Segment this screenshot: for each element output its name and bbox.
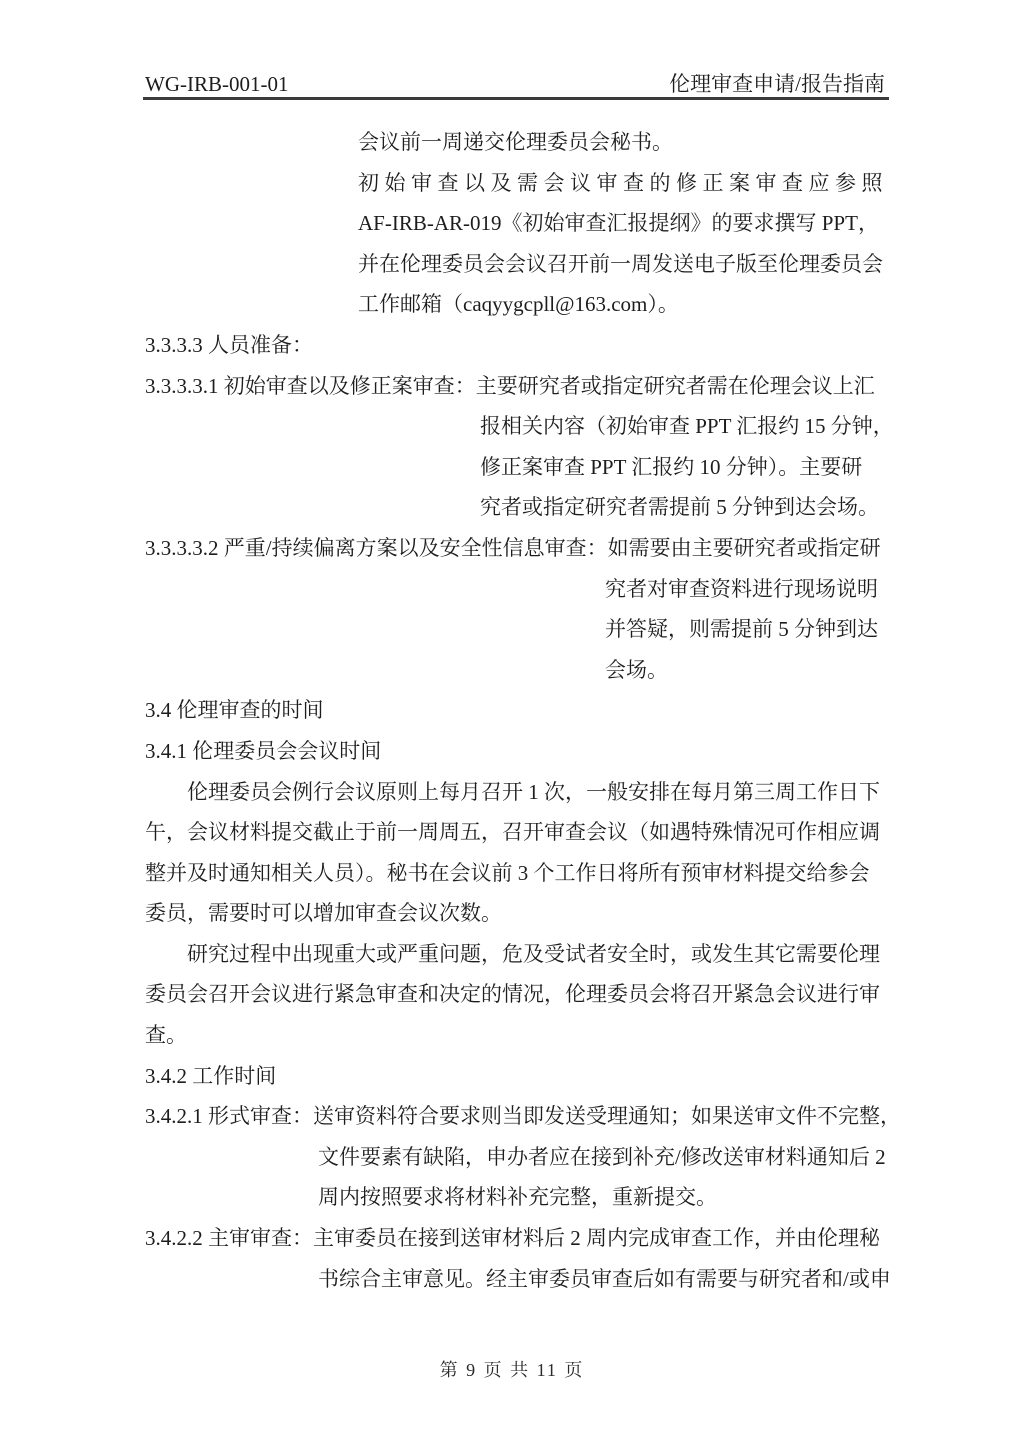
item-33332-line: 究者对审查资料进行现场说明	[605, 569, 887, 610]
item-3421-line: 周内按照要求将材料补充完整，重新提交。	[318, 1177, 887, 1218]
item-33332-line: 3.3.3.3.2 严重/持续偏离方案以及安全性信息审查：如需要由主要研究者或指…	[145, 528, 887, 569]
body-line: 初始审查以及需会议审查的修正案审查应参照	[358, 163, 887, 204]
document-page: WG-IRB-001-01 伦理审查申请/报告指南 会议前一周递交伦理委员会秘书…	[0, 0, 1024, 1448]
section-heading-34: 3.4 伦理审查的时间	[145, 690, 887, 731]
item-3421-line: 3.4.2.1 形式审查：送审资料符合要求则当即发送受理通知；如果送审文件不完整…	[145, 1096, 887, 1137]
doc-code: WG-IRB-001-01	[145, 72, 288, 97]
paragraph-line: 研究过程中出现重大或严重问题，危及受试者安全时，或发生其它需要伦理	[145, 934, 887, 975]
page-header: WG-IRB-001-01 伦理审查申请/报告指南	[145, 68, 885, 98]
section-heading-3333: 3.3.3.3 人员准备：	[145, 325, 887, 366]
item-3422-line: 3.4.2.2 主审审查：主审委员在接到送审材料后 2 周内完成审查工作，并由伦…	[145, 1218, 887, 1259]
paragraph-line: 整并及时通知相关人员）。秘书在会议前 3 个工作日将所有预审材料提交给参会	[145, 853, 887, 894]
paragraph-line: 委员会召开会议进行紧急审查和决定的情况，伦理委员会将召开紧急会议进行审	[145, 974, 887, 1015]
header-rule	[143, 97, 889, 100]
body-line: 会议前一周递交伦理委员会秘书。	[358, 122, 887, 163]
body-line: 工作邮箱（caqyygcpll@163.com）。	[358, 284, 887, 325]
paragraph-line: 午，会议材料提交截止于前一周周五，召开审查会议（如遇特殊情况可作相应调	[145, 812, 887, 853]
item-33331-line: 报相关内容（初始审查 PPT 汇报约 15 分钟，	[480, 406, 887, 447]
page-footer: 第 9 页 共 11 页	[0, 1356, 1024, 1382]
item-33331-line: 修正案审查 PPT 汇报约 10 分钟）。主要研	[480, 447, 887, 488]
item-33331-line: 究者或指定研究者需提前 5 分钟到达会场。	[480, 487, 887, 528]
section-heading-342: 3.4.2 工作时间	[145, 1056, 887, 1097]
paragraph-line: 委员，需要时可以增加审查会议次数。	[145, 893, 887, 934]
section-heading-341: 3.4.1 伦理委员会会议时间	[145, 731, 887, 772]
document-body: 会议前一周递交伦理委员会秘书。 初始审查以及需会议审查的修正案审查应参照 AF-…	[145, 122, 887, 1299]
item-33332-line: 会场。	[605, 650, 887, 691]
paragraph-line: 伦理委员会例行会议原则上每月召开 1 次，一般安排在每月第三周工作日下	[145, 772, 887, 813]
item-33332-line: 并答疑，则需提前 5 分钟到达	[605, 609, 887, 650]
item-3422-line: 书综合主审意见。经主审委员审查后如有需要与研究者和/或申	[318, 1259, 887, 1300]
item-3421-line: 文件要素有缺陷，申办者应在接到补充/修改送审材料通知后 2	[318, 1137, 887, 1178]
body-line: AF-IRB-AR-019《初始审查汇报提纲》的要求撰写 PPT，	[358, 203, 887, 244]
paragraph-line: 查。	[145, 1015, 887, 1056]
item-33331-line: 3.3.3.3.1 初始审查以及修正案审查：主要研究者或指定研究者需在伦理会议上…	[145, 366, 887, 407]
body-line: 并在伦理委员会会议召开前一周发送电子版至伦理委员会	[358, 244, 887, 285]
doc-title: 伦理审查申请/报告指南	[669, 68, 885, 98]
